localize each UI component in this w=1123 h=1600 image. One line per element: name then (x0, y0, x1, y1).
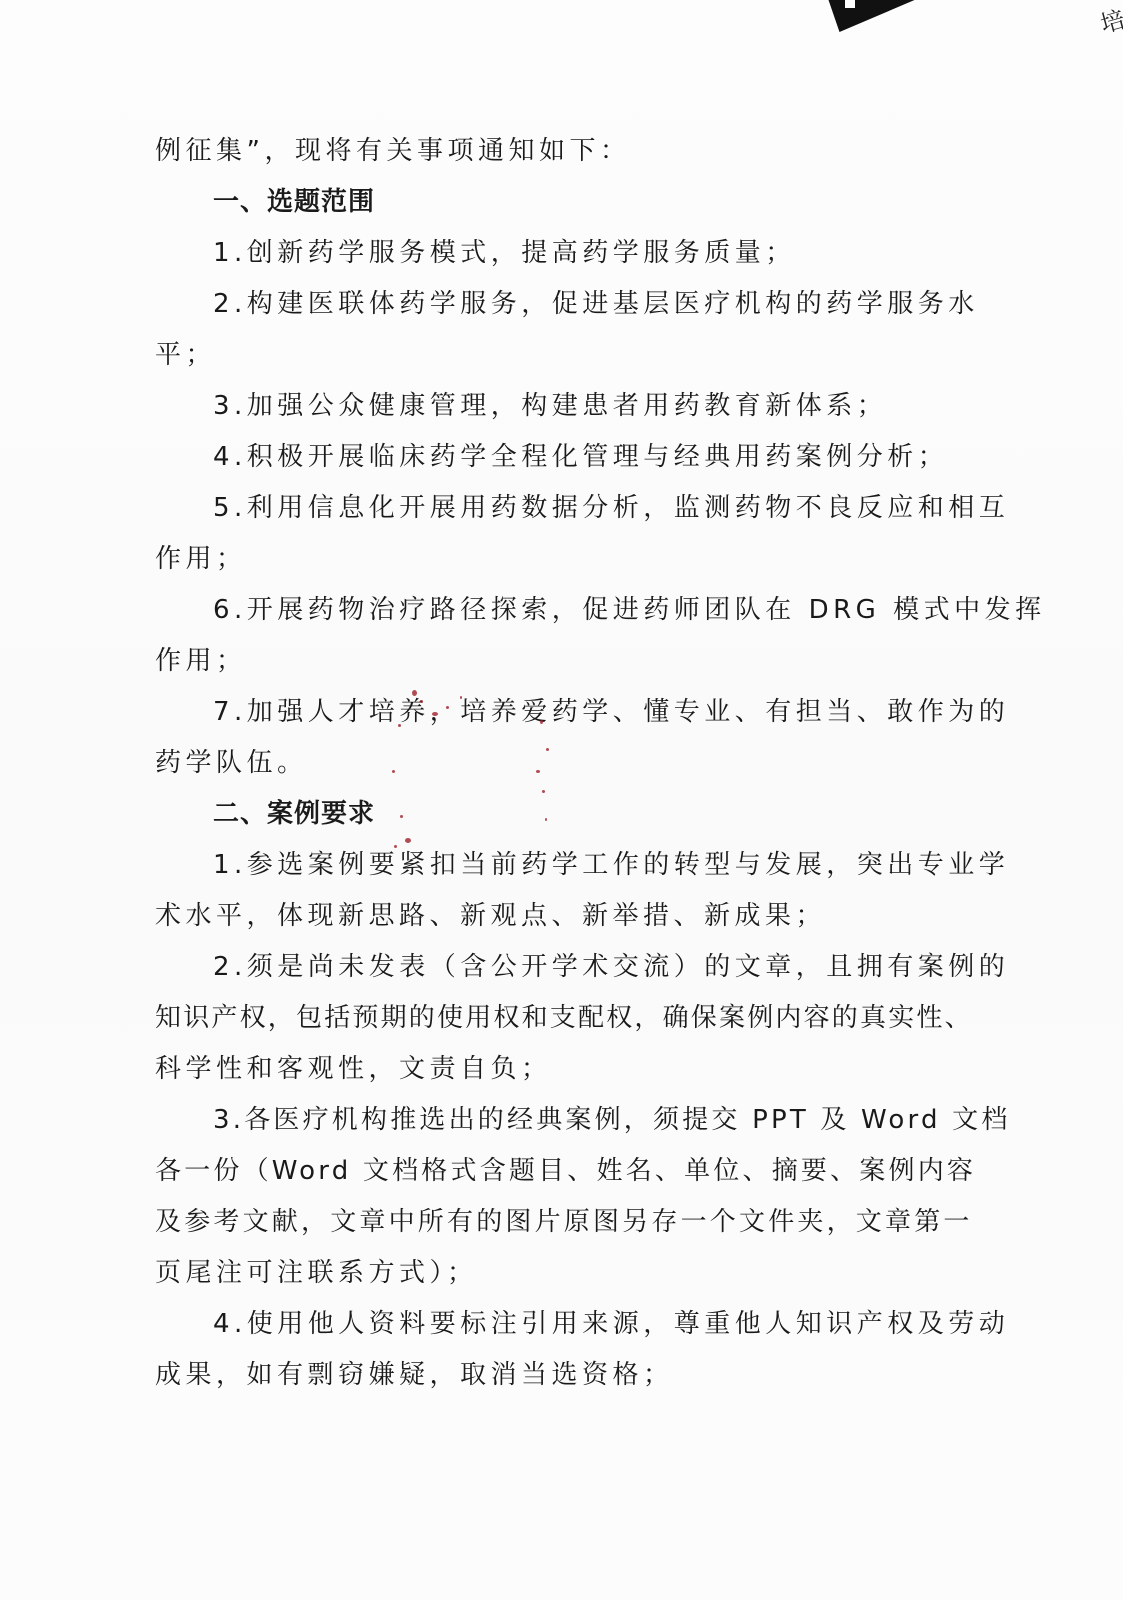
list-item-continuation: 页尾注可注联系方式）； (155, 1255, 478, 1291)
list-item: 1.创新药学服务模式，提高药学服务质量； (213, 235, 796, 271)
list-item-continuation: 作用； (155, 541, 247, 577)
corner-scan-mark (811, 0, 914, 32)
list-item: 1.参选案例要紧扣当前药学工作的转型与发展，突出专业学 (213, 847, 1009, 883)
list-item: 5.利用信息化开展用药数据分析，监测药物不良反应和相互 (213, 490, 1009, 526)
list-item-continuation: 药学队伍。 (155, 745, 308, 781)
list-item: 6.开展药物治疗路径探索，促进药师团队在 DRG 模式中发挥 (213, 592, 1046, 628)
list-item-continuation: 术水平，体现新思路、新观点、新举措、新成果； (155, 898, 826, 934)
paragraph-line: 例征集”，现将有关事项通知如下： (155, 133, 630, 169)
section-heading-requirements: 二、案例要求 (213, 796, 375, 832)
list-item: 4.使用他人资料要标注引用来源，尊重他人知识产权及劳动 (213, 1306, 1009, 1342)
list-item: 2.构建医联体药学服务，促进基层医疗机构的药学服务水 (213, 286, 979, 322)
corner-cut-character: 培 (1096, 0, 1123, 40)
list-item-continuation: 及参考文献，文章中所有的图片原图另存一个文件夹，文章第一 (155, 1204, 973, 1240)
section-heading-scope: 一、选题范围 (213, 184, 375, 220)
list-item: 7.加强人才培养，培养爱药学、懂专业、有担当、敢作为的 (213, 694, 1009, 730)
list-item-continuation: 科学性和客观性，文责自负； (155, 1051, 552, 1087)
list-item-continuation: 知识产权，包括预期的使用权和支配权，确保案例内容的真实性、 (155, 1000, 973, 1036)
list-item: 3.各医疗机构推选出的经典案例，须提交 PPT 及 Word 文档 (213, 1102, 1011, 1138)
list-item-continuation: 各一份（Word 文档格式含题目、姓名、单位、摘要、案例内容 (155, 1153, 976, 1189)
list-item-continuation: 作用； (155, 643, 247, 679)
list-item: 3.加强公众健康管理，构建患者用药教育新体系； (213, 388, 887, 424)
list-item: 4.积极开展临床药学全程化管理与经典用药案例分析； (213, 439, 948, 475)
list-item-continuation: 平； (155, 337, 216, 373)
list-item: 2.须是尚未发表（含公开学术交流）的文章，且拥有案例的 (213, 949, 1009, 985)
corner-scan-mark-notch (845, 0, 855, 8)
list-item-continuation: 成果，如有剽窃嫌疑，取消当选资格； (155, 1357, 674, 1393)
